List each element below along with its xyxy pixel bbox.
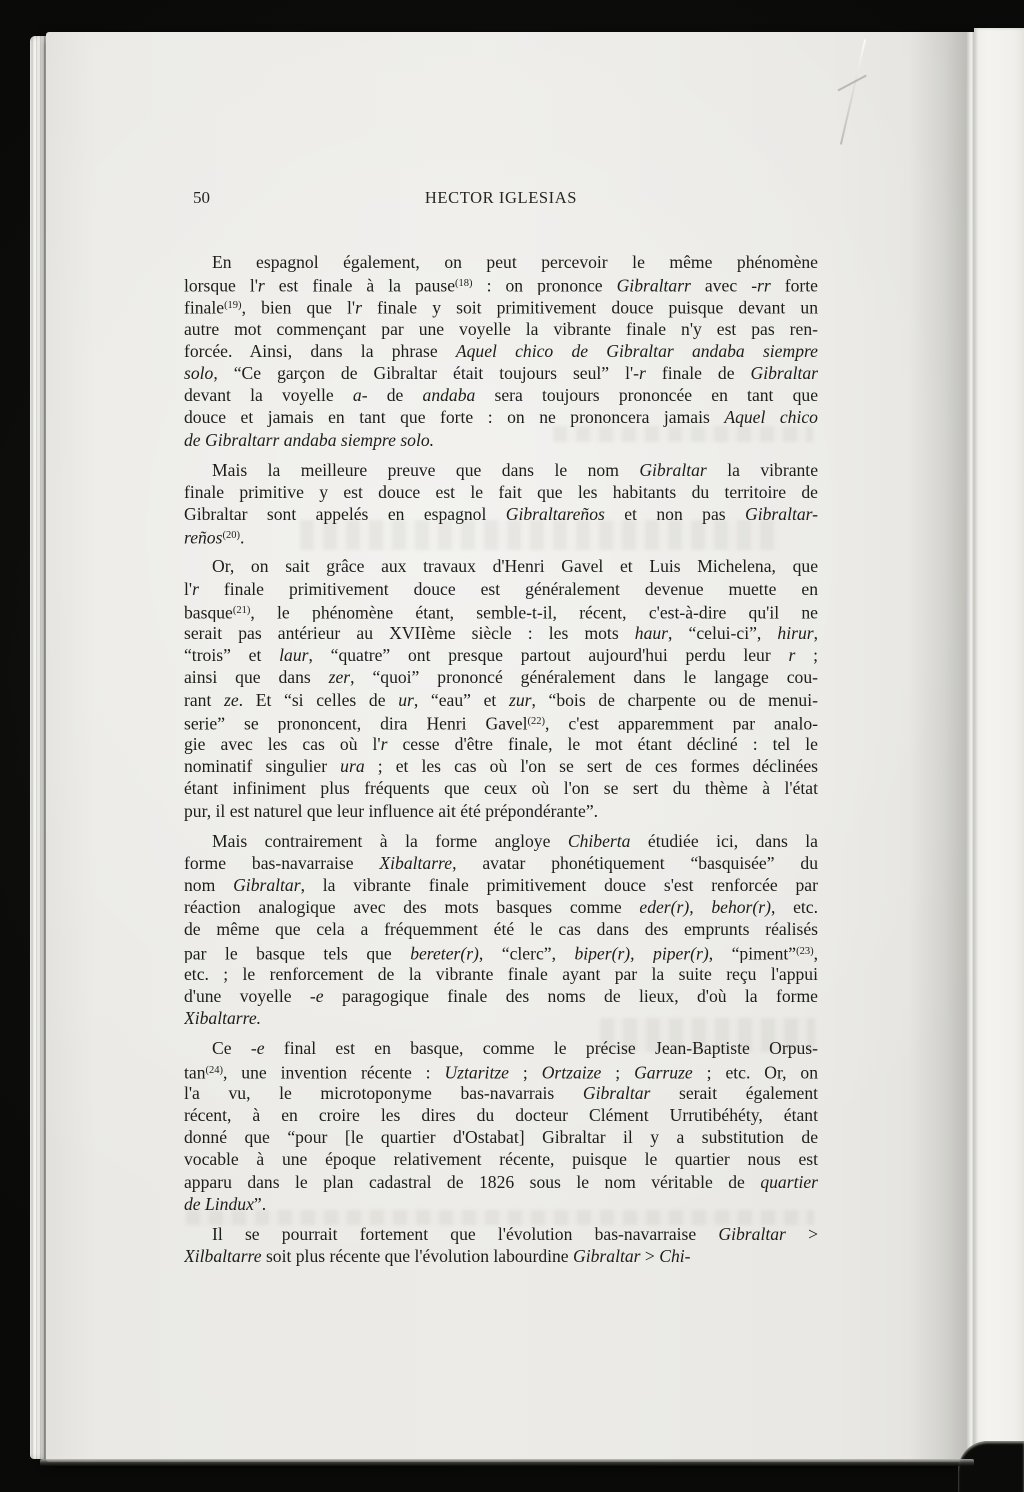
text-line: solo, “Ce garçon de Gibraltar était touj… [184,362,818,384]
text-line: basque(21), le phénomène étant, semble-t… [184,600,818,622]
text-line: forcée. Ainsi, dans la phrase Aquel chic… [184,340,818,362]
text-line: vocable à une époque relativement récent… [184,1148,818,1170]
paragraph: Ce -e final est en basque, comme le préc… [184,1037,818,1215]
text-line: tan(24), une invention récente : Uztarit… [184,1060,818,1082]
text-line: devant la voyelle a- de andaba sera touj… [184,384,818,406]
text-line: Mais contrairement à la forme angloye Ch… [184,830,818,852]
text-line: serie” se prononcent, dira Henri Gavel(2… [184,711,818,733]
text-line: de Gibraltarr andaba siempre solo. [184,429,818,451]
text-line: forme bas-navarraise Xibaltarre, avatar … [184,852,818,874]
paragraph: Il se pourrait fortement que l'évolution… [184,1223,818,1267]
text-line: douce et jamais en tant que forte : on n… [184,406,818,428]
text-line: récent, à en croire les dires du docteur… [184,1104,818,1126]
paragraph: Mais la meilleure preuve que dans le nom… [184,459,818,548]
text-line: “trois” et laur, “quatre” ont presque pa… [184,644,818,666]
text-line: En espagnol également, on peut percevoir… [184,251,818,273]
text-line: etc. ; le renforcement de la vibrante fi… [184,963,818,985]
text-line: de Lindux”. [184,1193,818,1215]
text-line: Mais la meilleure preuve que dans le nom… [184,459,818,481]
page-bottom-edge [40,1459,974,1466]
text-line: de même que cela a fréquemment été le ca… [184,918,818,940]
text-line: reños(20). [184,525,818,547]
text-line: pur, il est naturel que leur influence a… [184,800,818,822]
book-photo: { "colors": { "background": "#0a0a08", "… [0,0,1024,1492]
text-line: Il se pourrait fortement que l'évolution… [184,1223,818,1245]
text-line: réaction analogique avec des mots basque… [184,896,818,918]
text-line: ainsi que dans zer, “quoi” prononcé géné… [184,666,818,688]
text-line: gie avec les cas où l'r cesse d'être fin… [184,733,818,755]
text-line: Xilbaltarre soit plus récente que l'évol… [184,1245,818,1267]
paragraph: Or, on sait grâce aux travaux d'Henri Ga… [184,555,818,821]
text-line: donné que “pour [le quartier d'Ostabat] … [184,1126,818,1148]
text-line: Ce -e final est en basque, comme le préc… [184,1037,818,1059]
text-line: lorsque l'r est finale à la pause(18) : … [184,273,818,295]
text-line: nominatif singulier ura ; et les cas où … [184,755,818,777]
text-line: serait pas antérieur au XVIIème siècle :… [184,622,818,644]
book-page: 50 HECTOR IGLESIAS En espagnol également… [46,32,1024,1462]
text-line: étant infiniment plus fréquents que ceux… [184,777,818,799]
paper-crease-mark [840,39,866,145]
text-line: d'une voyelle -e paragogique finale des … [184,985,818,1007]
text-line: Xibaltarre. [184,1007,818,1029]
gutter-crease [908,32,974,1462]
text-line: l'r finale primitivement douce est génér… [184,578,818,600]
text-line: nom Gibraltar, la vibrante finale primit… [184,874,818,896]
text-line: Or, on sait grâce aux travaux d'Henri Ga… [184,555,818,577]
facing-page-edge [974,28,1024,1452]
text-block: En espagnol également, on peut percevoir… [184,251,818,1267]
facing-page-corner-shadow [958,1441,1024,1492]
text-line: rant ze. Et “si celles de ur, “eau” et z… [184,689,818,711]
text-line: autre mot commençant par une voyelle la … [184,318,818,340]
text-line: l'a vu, le microtoponyme bas-navarrais G… [184,1082,818,1104]
paragraph: En espagnol également, on peut percevoir… [184,251,818,451]
text-line: apparu dans le plan cadastral de 1826 so… [184,1171,818,1193]
text-line: finale primitive y est douce est le fait… [184,481,818,503]
paragraph: Mais contrairement à la forme angloye Ch… [184,830,818,1030]
text-line: finale(19), bien que l'r finale y soit p… [184,295,818,317]
text-line: par le basque tels que bereter(r), “cler… [184,941,818,963]
running-header: HECTOR IGLESIAS [184,188,818,208]
text-line: Gibraltar sont appelés en espagnol Gibra… [184,503,818,525]
